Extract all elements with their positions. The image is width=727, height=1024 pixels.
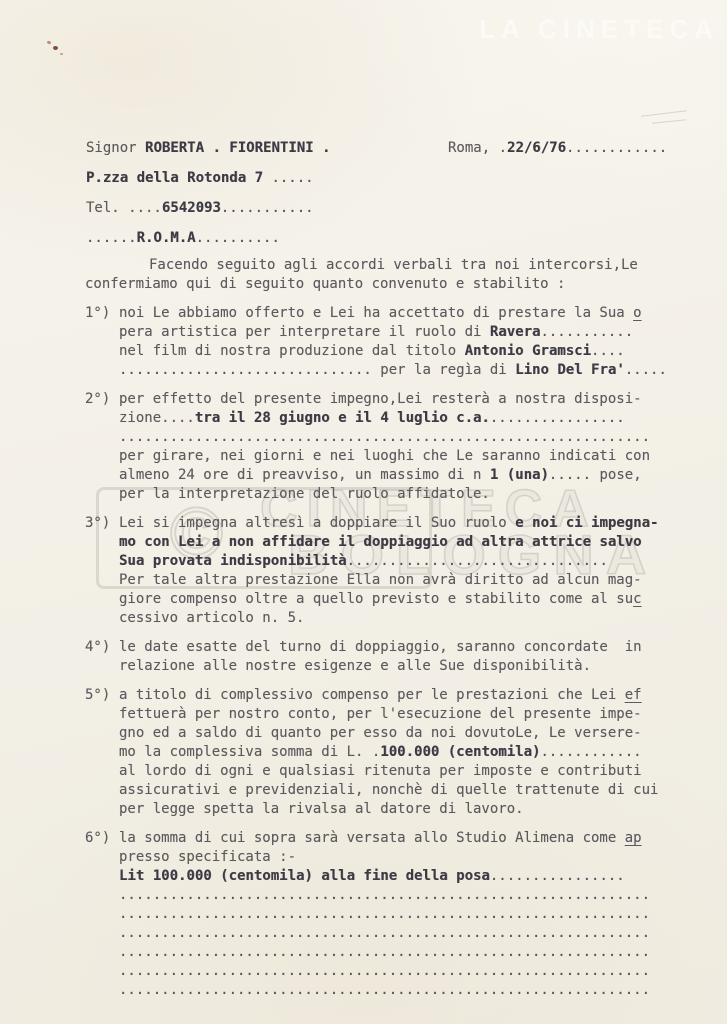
clause-line: zione....tra il 28 giugno e il 4 luglio … [119, 409, 677, 428]
date-line: Roma, .22/6/76............ [448, 133, 667, 163]
underlined-text: o [633, 305, 641, 321]
city-line: ......R.O.M.A.......... [86, 223, 330, 253]
clause-6: 6°) la somma di cui sopra sarà versata a… [85, 829, 677, 1000]
clause-text: zione.... [119, 410, 195, 426]
dotted-line: ........................................… [119, 428, 677, 447]
clause-line: al lordo di ogni e qualsiasi ritenuta pe… [119, 762, 677, 781]
clause-line: a titolo di complessivo compenso per le … [119, 686, 677, 705]
typed-date-range: tra il 28 giugno e il 4 luglio c.a. [195, 410, 490, 426]
typed-pose-count: 1 (una) [490, 467, 549, 483]
dotted-leader: .... [591, 343, 625, 359]
phone-label: Tel. .... [86, 200, 162, 216]
city-name: R.O.M.A [137, 230, 196, 246]
dotted-leader: ...... [86, 230, 137, 246]
clause-line: cessivo articolo n. 5. [119, 609, 677, 628]
typed-dubbing-text: e noi ci impegna- [515, 515, 658, 531]
clause-text: noi Le abbiamo offerto e Lei ha accettat… [119, 305, 633, 321]
clause-3: 3°) Lei si impegna altresì a doppiare il… [85, 514, 677, 628]
clause-text: nel film di nostra produzione dal titolo [119, 343, 465, 359]
clause-text: Lei si impegna altresì a doppiare il Suo… [119, 515, 515, 531]
clause-1: 1°) noi Le abbiamo offerto e Lei ha acce… [85, 304, 677, 380]
clause-text: almeno 24 ore di preavviso, un massimo d… [119, 467, 490, 483]
dotted-leader: ..... [263, 170, 314, 186]
dotted-leader: ............................... [347, 553, 608, 569]
recipient-line: Signor ROBERTA . FIORENTINI . [86, 133, 330, 163]
clause-line: Lei si impegna altresì a doppiare il Suo… [119, 514, 677, 533]
dotted-leader: ........... [540, 324, 633, 340]
clause-5: 5°) a titolo di complessivo compenso per… [85, 686, 677, 819]
intro-line: Facendo seguito agli accordi verbali tra… [85, 256, 677, 275]
clause-line: per girare, nei giorni e nei luoghi che … [119, 447, 677, 466]
dotted-leader: ........... [221, 200, 314, 216]
dotted-leader: .......... [196, 230, 280, 246]
underlined-text: ap [625, 830, 642, 846]
intro-line: confermiamo qui di seguito quanto conven… [85, 275, 677, 294]
dotted-leader: .............................. [119, 362, 372, 378]
clause-line: nel film di nostra produzione dal titolo… [119, 342, 677, 361]
red-ink-speck [53, 46, 58, 50]
red-ink-speck [60, 53, 63, 55]
clause-line: giore compenso oltre a quello previsto e… [119, 590, 677, 609]
clause-line: mo con Lei a non affidare il doppiaggio … [119, 533, 677, 552]
clause-number: 6°) [85, 829, 119, 1000]
date-value: 22/6/76 [507, 140, 566, 156]
dotted-leader: ..... [625, 362, 667, 378]
clause-text: mo la complessiva somma di L. . [119, 744, 380, 760]
clause-line: Lit 100.000 (centomila) alla fine della … [119, 867, 677, 886]
intro-paragraph: Facendo seguito agli accordi verbali tra… [85, 256, 677, 294]
typed-dubbing-text: Sua provata indisponibilità [119, 553, 347, 569]
clause-line: la somma di cui sopra sarà versata allo … [119, 829, 677, 848]
dotted-line: ........................................… [119, 924, 677, 943]
recipient-name: ROBERTA . FIORENTINI . [145, 140, 330, 156]
corner-watermark: LA CINETECA [479, 14, 719, 45]
dotted-line: ........................................… [119, 943, 677, 962]
clause-line: presso specificata :- [119, 848, 677, 867]
clause-text: giore compenso oltre a quello previsto e… [119, 591, 633, 607]
pencil-scratch [652, 119, 686, 124]
underlined-text: ef [625, 687, 642, 703]
pencil-scratch [641, 110, 687, 117]
clause-line: pera artistica per interpretare il ruolo… [119, 323, 677, 342]
clause-number: 1°) [85, 304, 119, 380]
typed-film-title: Antonio Gramsci [465, 343, 591, 359]
clause-text: pera artistica per interpretare il ruolo… [119, 324, 490, 340]
clause-line: per effetto del presente impegno,Lei res… [119, 390, 677, 409]
dotted-line: ........................................… [119, 905, 677, 924]
red-ink-speck [47, 40, 52, 44]
date-block: Roma, .22/6/76............ [448, 133, 667, 163]
recipient-block: Signor ROBERTA . FIORENTINI . P.zza dell… [86, 133, 330, 253]
clause-line: gno ed a saldo di quanto per esso da noi… [119, 724, 677, 743]
date-city-label: Roma, . [448, 140, 507, 156]
recipient-label: Signor [86, 140, 145, 156]
phone-number: 6542093 [162, 200, 221, 216]
dotted-line: ........................................… [119, 981, 677, 1000]
clause-line: mo la complessiva somma di L. .100.000 (… [119, 743, 677, 762]
clause-line: fettuerà per nostro conto, per l'esecuzi… [119, 705, 677, 724]
dotted-line: ........................................… [119, 962, 677, 981]
recipient-address: P.zza della Rotonda 7 [86, 170, 263, 186]
clause-line: per la interpretazione del ruolo affidat… [119, 485, 677, 504]
clause-4: 4°) le date esatte del turno di doppiagg… [85, 638, 677, 676]
dotted-leader: ..... [549, 467, 591, 483]
clause-text: a titolo di complessivo compenso per le … [119, 687, 625, 703]
clause-number: 2°) [85, 390, 119, 504]
address-line: P.zza della Rotonda 7 ..... [86, 163, 330, 193]
clause-line: assicurativi e previdenziali, nonchè di … [119, 781, 677, 800]
clause-line: per legge spetta la rivalsa al datore di… [119, 800, 677, 819]
phone-line: Tel. ....6542093........... [86, 193, 330, 223]
clause-2: 2°) per effetto del presente impegno,Lei… [85, 390, 677, 504]
clause-line: almeno 24 ore di preavviso, un massimo d… [119, 466, 677, 485]
clause-number: 3°) [85, 514, 119, 628]
typed-payment-terms: Lit 100.000 (centomila) alla fine della … [119, 868, 490, 884]
clause-text: pose, [591, 467, 642, 483]
letter-body: Facendo seguito agli accordi verbali tra… [85, 256, 677, 1000]
clause-line: le date esatte del turno di doppiaggio, … [119, 638, 677, 657]
typewritten-contract-page: LA CINETECA © CINETECA BOLOGNA Signor RO… [0, 0, 727, 1024]
dotted-leader: ................ [490, 868, 625, 884]
clause-line: relazione alle nostre esigenze e alle Su… [119, 657, 677, 676]
dotted-leader: ............ [566, 140, 667, 156]
dotted-line: ........................................… [119, 886, 677, 905]
typed-amount: 100.000 (centomila) [380, 744, 540, 760]
typed-role-name: Ravera [490, 324, 541, 340]
clause-number: 5°) [85, 686, 119, 819]
underlined-text: c [633, 591, 641, 607]
clause-number: 4°) [85, 638, 119, 676]
clause-line: Sua provata indisponibilità.............… [119, 552, 677, 571]
clause-text: per la regìa di [372, 362, 515, 378]
clause-line: noi Le abbiamo offerto e Lei ha accettat… [119, 304, 677, 323]
clause-line: .............................. per la re… [119, 361, 677, 380]
dotted-leader: ............ [540, 744, 641, 760]
clause-text: la somma di cui sopra sarà versata allo … [119, 830, 625, 846]
clause-line: Per tale altra prestazione Ella non avrà… [119, 571, 677, 590]
typed-director-name: Lino Del Fra' [515, 362, 625, 378]
dotted-leader: ................ [490, 410, 625, 426]
